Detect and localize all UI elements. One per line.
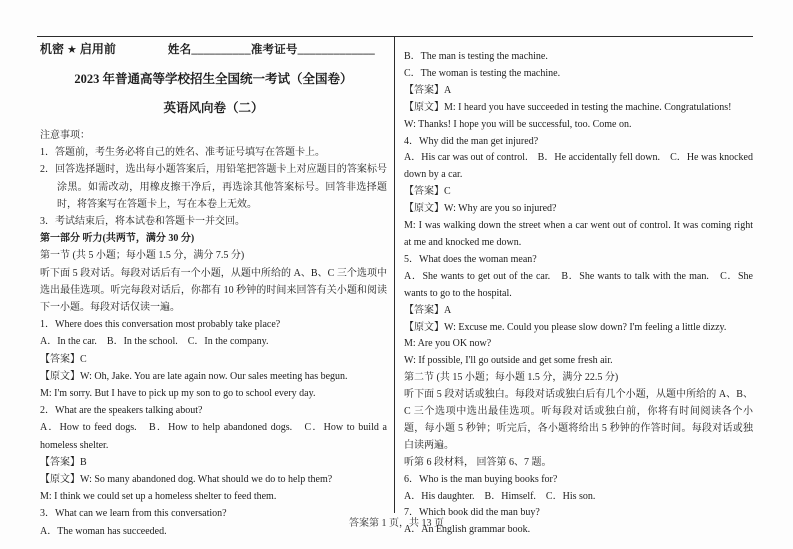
paragraph: 3．考试结束后，将本试卷和答题卡一并交回。 (40, 213, 387, 230)
paragraph: 【原文】M: I heard you have succeeded in tes… (404, 100, 753, 117)
paragraph: A．His daughter. B．Himself. C．His son. (404, 489, 753, 506)
paragraph: 【答案】C (404, 184, 753, 201)
paragraph: 4．Why did the man get injured? (404, 134, 753, 151)
stage-label: 启用前 (80, 42, 116, 56)
paragraph: M: I think we could set up a homeless sh… (40, 488, 387, 505)
paragraph: 1．Where does this conversation most prob… (40, 316, 387, 333)
paragraph: A．His car was out of control. B．He accid… (404, 150, 753, 184)
paragraph: 【答案】A (404, 303, 753, 320)
paragraph: 2．What are the speakers talking about? (40, 402, 387, 419)
paragraph: 第一节 (共 5 小题；每小题 1.5 分，满分 7.5 分) (40, 247, 387, 264)
right-column: B．The man is testing the machine.C．The w… (404, 39, 753, 539)
classification-label: 机密 (40, 42, 64, 56)
paragraph: 【原文】W: Oh, Jake. You are late again now.… (40, 368, 387, 385)
column-divider (394, 37, 395, 513)
paragraph: A．How to feed dogs. B．How to help abando… (40, 419, 387, 453)
paragraph: 6．Who is the man buying books for? (404, 472, 753, 489)
paragraph: 【答案】B (40, 454, 387, 471)
ticket-label: 准考证号 (251, 44, 298, 56)
paragraph: 听第 6 段材料， 回答第 6、7 题。 (404, 455, 753, 472)
paragraph: 听下面 5 段对话或独白。每段对话或独白后有几个小题，从题中所给的 A、B、C … (404, 387, 753, 455)
paragraph: 5．What does the woman mean? (404, 252, 753, 269)
exam-paper-page: 机密★启用前 姓名__________准考证号_____________ 202… (0, 0, 793, 549)
paragraph: W: If possible, I'll go outside and get … (404, 353, 753, 370)
paragraph: C．The woman is testing the machine. (404, 66, 753, 83)
paragraph: 【原文】W: Excuse me. Could you please slow … (404, 320, 753, 337)
right-column-text: B．The man is testing the machine.C．The w… (404, 49, 753, 539)
paragraph: 注意事项： (40, 127, 387, 144)
page-footer: 答案第 1 页，共 13 页 (0, 514, 793, 529)
star-icon: ★ (64, 43, 80, 56)
paper-title: 英语风向卷（二） (40, 100, 387, 117)
left-column: 机密★启用前 姓名__________准考证号_____________ 202… (40, 41, 387, 540)
candidate-info-line: 姓名__________准考证号_____________ (168, 42, 375, 59)
classification-line: 机密★启用前 (40, 41, 116, 58)
paper-header: 机密★启用前 姓名__________准考证号_____________ (40, 41, 387, 59)
paragraph: 1．答题前，考生务必将自己的姓名、准考证号填写在答题卡上。 (40, 144, 387, 161)
left-column-text: 注意事项：1．答题前，考生务必将自己的姓名、准考证号填写在答题卡上。2．回答选择… (40, 127, 387, 540)
paragraph: M: I'm sorry. But I have to pick up my s… (40, 385, 387, 402)
paragraph: M: I was walking down the street when a … (404, 218, 753, 252)
paragraph: 【答案】C (40, 351, 387, 368)
name-blank-field: __________ (191, 44, 251, 56)
paragraph: M: Are you OK now? (404, 336, 753, 353)
top-rule (37, 36, 753, 37)
paragraph: 【原文】W: So many abandoned dog. What shoul… (40, 471, 387, 488)
paragraph: 第二节 (共 15 小题；每小题 1.5 分，满分 22.5 分) (404, 370, 753, 387)
ticket-blank-field: _____________ (298, 44, 375, 56)
paragraph: 【答案】A (404, 83, 753, 100)
paragraph: W: Thanks! I hope you will be successful… (404, 117, 753, 134)
name-label: 姓名 (168, 44, 191, 56)
paragraph: 听下面 5 段对话。每段对话后有一个小题，从题中所给的 A、B、C 三个选项中选… (40, 265, 387, 317)
paragraph: B．The man is testing the machine. (404, 49, 753, 66)
exam-title: 2023 年普通高等学校招生全国统一考试（全国卷） (40, 71, 387, 88)
paragraph: 第一部分 听力(共两节，满分 30 分) (40, 230, 387, 247)
paragraph: A．She wants to get out of the car. B．She… (404, 269, 753, 303)
paragraph: A．In the car. B．In the school. C．In the … (40, 333, 387, 350)
paragraph: 2．回答选择题时，选出每小题答案后，用铅笔把答题卡上对应题目的答案标号涂黑。如需… (40, 161, 387, 213)
paragraph: 【原文】W: Why are you so injured? (404, 201, 753, 218)
